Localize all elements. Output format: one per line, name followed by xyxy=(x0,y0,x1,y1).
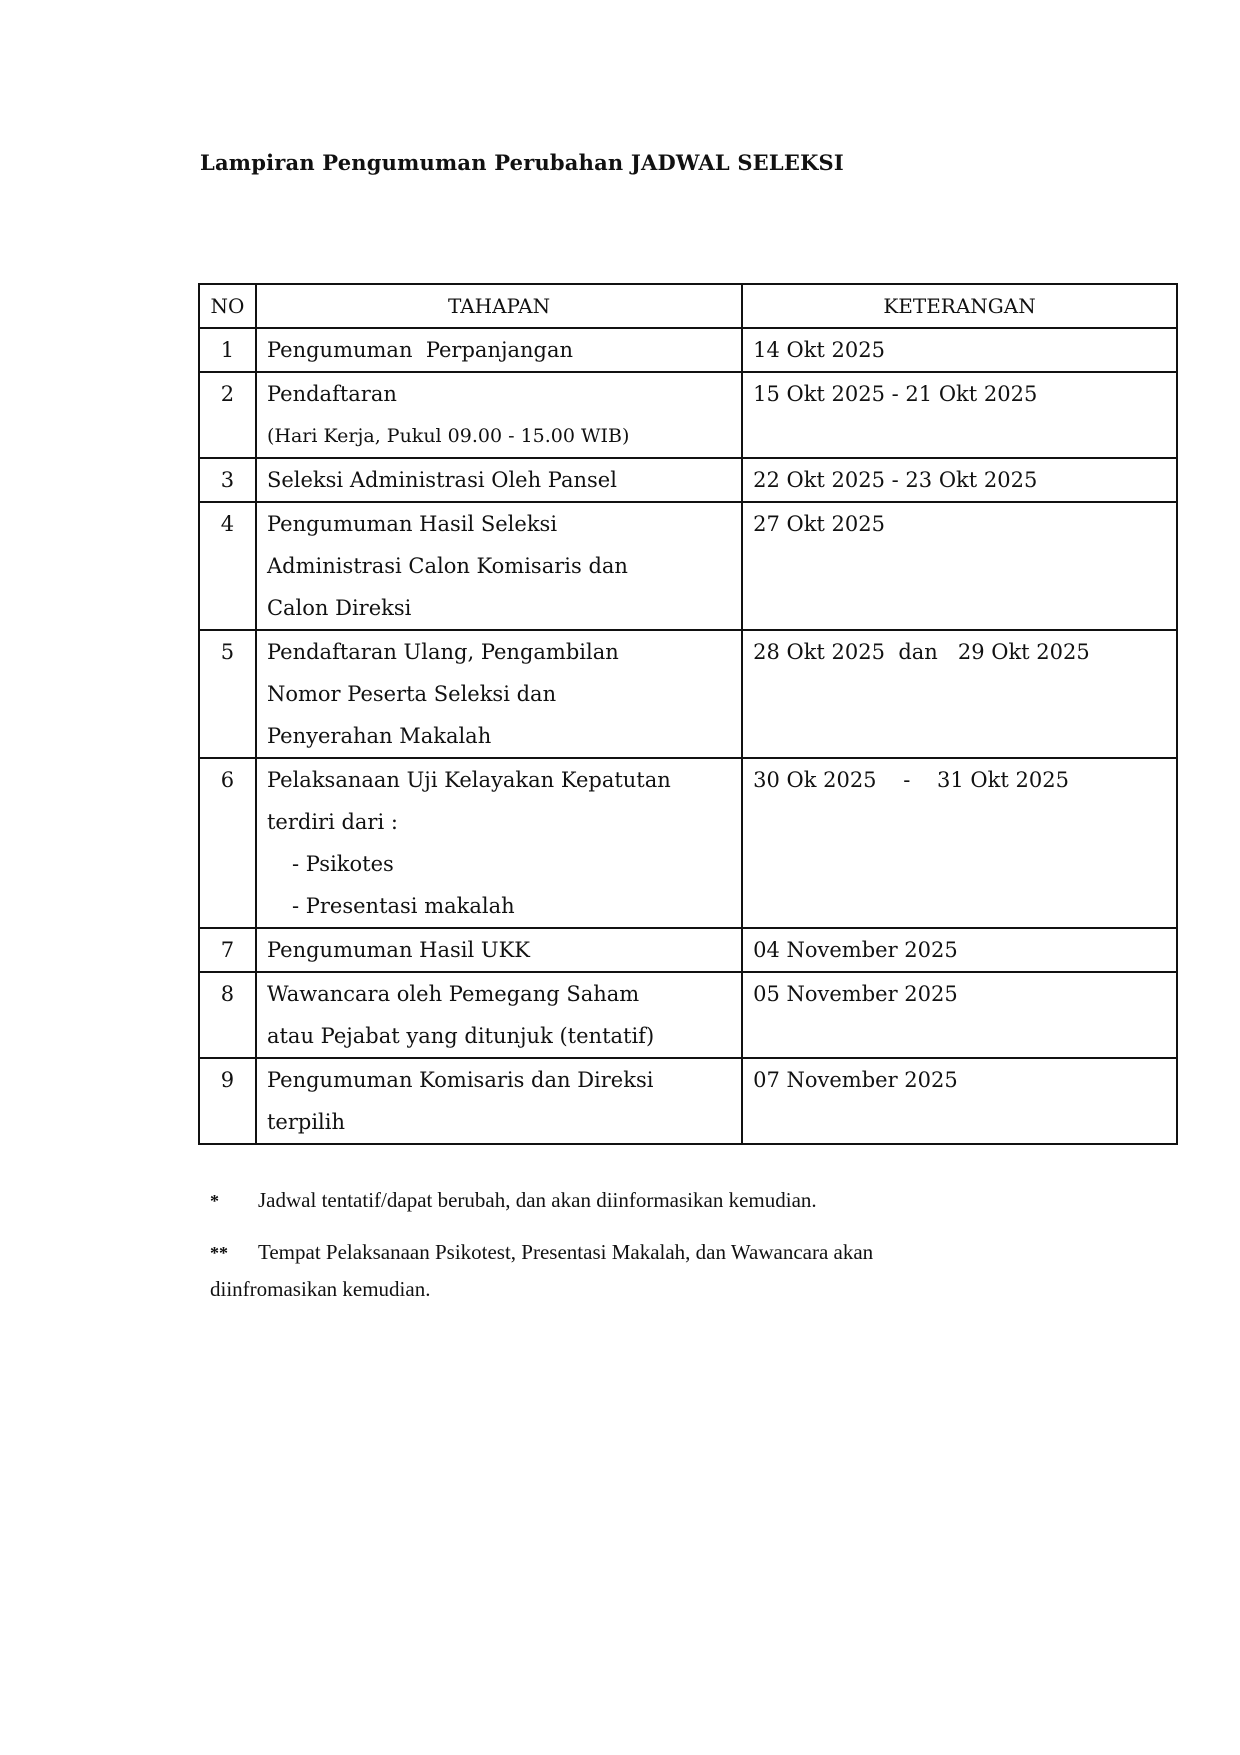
keterangan-cell: 28 Okt 2025 dan 29 Okt 2025 xyxy=(742,630,1177,758)
tahapan-line: Pengumuman Komisaris dan Direksi xyxy=(267,1059,731,1101)
keterangan-cell: 04 November 2025 xyxy=(742,928,1177,972)
footnote-1: *Jadwal tentatif/dapat berubah, dan akan… xyxy=(210,1175,1090,1227)
table-row: 3Seleksi Administrasi Oleh Pansel22 Okt … xyxy=(199,458,1177,502)
tahapan-line: Nomor Peserta Seleksi dan xyxy=(267,673,731,715)
tahapan-line: Penyerahan Makalah xyxy=(267,715,731,757)
tahapan-line: Pendaftaran Ulang, Pengambilan xyxy=(267,631,731,673)
tahapan-cell: Pengumuman Komisaris dan Direksiterpilih xyxy=(256,1058,742,1144)
tahapan-line: Administrasi Calon Komisaris dan xyxy=(267,545,731,587)
table-header-row: NO TAHAPAN KETERANGAN xyxy=(199,284,1177,328)
header-tahapan: TAHAPAN xyxy=(256,284,742,328)
keterangan-date: 30 Ok 2025 - 31 Okt 2025 xyxy=(753,759,1166,801)
tahapan-line: Pengumuman Perpanjangan xyxy=(267,329,731,371)
footnotes: *Jadwal tentatif/dapat berubah, dan akan… xyxy=(210,1175,1090,1309)
tahapan-line: Pendaftaran xyxy=(267,373,731,415)
header-keterangan: KETERANGAN xyxy=(742,284,1177,328)
tahapan-line: Pengumuman Hasil UKK xyxy=(267,929,731,971)
tahapan-line: Pelaksanaan Uji Kelayakan Kepatutan xyxy=(267,759,731,801)
tahapan-line: Calon Direksi xyxy=(267,587,731,629)
tahapan-line: atau Pejabat yang ditunjuk (tentatif) xyxy=(267,1015,731,1057)
table-row: 7Pengumuman Hasil UKK04 November 2025 xyxy=(199,928,1177,972)
table-row: 9Pengumuman Komisaris dan Direksiterpili… xyxy=(199,1058,1177,1144)
tahapan-cell: Wawancara oleh Pemegang Sahamatau Pejaba… xyxy=(256,972,742,1058)
table-row: 5Pendaftaran Ulang, PengambilanNomor Pes… xyxy=(199,630,1177,758)
table-row: 4Pengumuman Hasil SeleksiAdministrasi Ca… xyxy=(199,502,1177,630)
keterangan-date: 27 Okt 2025 xyxy=(753,503,1166,545)
keterangan-date: 07 November 2025 xyxy=(753,1059,1166,1101)
footnote-text: Jadwal tentatif/dapat berubah, dan akan … xyxy=(258,1188,817,1212)
keterangan-date: 14 Okt 2025 xyxy=(753,329,1166,371)
keterangan-date: 28 Okt 2025 dan 29 Okt 2025 xyxy=(753,631,1166,673)
row-number: 8 xyxy=(199,972,256,1058)
row-number: 5 xyxy=(199,630,256,758)
footnote-mark: * xyxy=(210,1176,258,1227)
table-row: 2Pendaftaran(Hari Kerja, Pukul 09.00 - 1… xyxy=(199,372,1177,458)
table-row: 6Pelaksanaan Uji Kelayakan Kepatutanterd… xyxy=(199,758,1177,928)
footnote-text: Tempat Pelaksanaan Psikotest, Presentasi… xyxy=(258,1240,873,1264)
tahapan-line: terpilih xyxy=(267,1101,731,1143)
tahapan-line: Seleksi Administrasi Oleh Pansel xyxy=(267,459,731,501)
tahapan-cell: Pendaftaran Ulang, PengambilanNomor Pese… xyxy=(256,630,742,758)
tahapan-cell: Pengumuman Perpanjangan xyxy=(256,328,742,372)
keterangan-date: 22 Okt 2025 - 23 Okt 2025 xyxy=(753,459,1166,501)
tahapan-cell: Pendaftaran(Hari Kerja, Pukul 09.00 - 15… xyxy=(256,372,742,458)
keterangan-cell: 05 November 2025 xyxy=(742,972,1177,1058)
tahapan-line: Wawancara oleh Pemegang Saham xyxy=(267,973,731,1015)
row-number: 3 xyxy=(199,458,256,502)
schedule-table: NO TAHAPAN KETERANGAN 1Pengumuman Perpan… xyxy=(198,283,1178,1145)
keterangan-cell: 30 Ok 2025 - 31 Okt 2025 xyxy=(742,758,1177,928)
row-number: 6 xyxy=(199,758,256,928)
header-no: NO xyxy=(199,284,256,328)
tahapan-line: Pengumuman Hasil Seleksi xyxy=(267,503,731,545)
row-number: 9 xyxy=(199,1058,256,1144)
row-number: 4 xyxy=(199,502,256,630)
tahapan-cell: Seleksi Administrasi Oleh Pansel xyxy=(256,458,742,502)
table-row: 8Wawancara oleh Pemegang Sahamatau Pejab… xyxy=(199,972,1177,1058)
keterangan-date: 04 November 2025 xyxy=(753,929,1166,971)
row-number: 7 xyxy=(199,928,256,972)
tahapan-cell: Pengumuman Hasil UKK xyxy=(256,928,742,972)
keterangan-cell: 14 Okt 2025 xyxy=(742,328,1177,372)
tahapan-cell: Pengumuman Hasil SeleksiAdministrasi Cal… xyxy=(256,502,742,630)
tahapan-list-item: - Presentasi makalah xyxy=(267,885,731,927)
keterangan-date: 05 November 2025 xyxy=(753,973,1166,1015)
tahapan-line: terdiri dari : xyxy=(267,801,731,843)
tahapan-cell: Pelaksanaan Uji Kelayakan Kepatutanterdi… xyxy=(256,758,742,928)
keterangan-cell: 07 November 2025 xyxy=(742,1058,1177,1144)
keterangan-date: 15 Okt 2025 - 21 Okt 2025 xyxy=(753,373,1166,415)
tahapan-list-item: - Psikotes xyxy=(267,843,731,885)
row-number: 1 xyxy=(199,328,256,372)
keterangan-cell: 15 Okt 2025 - 21 Okt 2025 xyxy=(742,372,1177,458)
tahapan-subtext: (Hari Kerja, Pukul 09.00 - 15.00 WIB) xyxy=(267,415,731,457)
document-title: Lampiran Pengumuman Perubahan JADWAL SEL… xyxy=(200,150,844,175)
row-number: 2 xyxy=(199,372,256,458)
keterangan-cell: 27 Okt 2025 xyxy=(742,502,1177,630)
table-row: 1Pengumuman Perpanjangan14 Okt 2025 xyxy=(199,328,1177,372)
keterangan-cell: 22 Okt 2025 - 23 Okt 2025 xyxy=(742,458,1177,502)
